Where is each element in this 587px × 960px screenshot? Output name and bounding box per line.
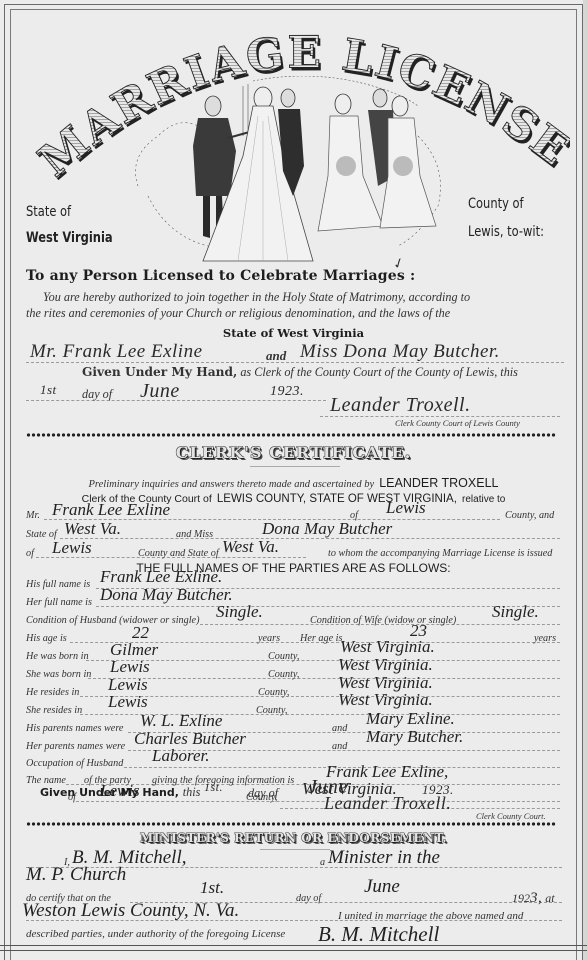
- she-born-county: Lewis: [110, 657, 150, 677]
- cert-county-and-label: County, and: [505, 510, 554, 521]
- clerks-certificate-heading: CLERK'S CERTIFICATE.: [0, 443, 587, 462]
- clerk-signature: Leander Troxell.: [330, 394, 471, 417]
- wife-condition: Single.: [492, 602, 539, 622]
- minister-month: June: [364, 876, 400, 898]
- husband-condition-label: Condition of Husband (widower or single): [26, 615, 199, 626]
- cert-day-of: day of: [248, 786, 278, 801]
- united-text: I united in marriage the above named and: [338, 910, 523, 922]
- she-born-state: West Virginia.: [338, 655, 433, 675]
- minister-day: 1st.: [200, 878, 224, 898]
- cert-to-whom: to whom the accompanying Marriage Licens…: [328, 548, 552, 559]
- license-and: and: [266, 348, 286, 364]
- cert-signature-title: Clerk County Court.: [476, 811, 546, 821]
- authorization-line-3: State of West Virginia: [0, 326, 587, 340]
- described-text: described parties, under authority of th…: [26, 928, 285, 940]
- her-age-label: Her age is: [300, 633, 342, 644]
- she-resides-state: West Virginia.: [338, 690, 433, 710]
- county-label: County,: [268, 669, 299, 680]
- field-underline: [86, 660, 560, 661]
- field-underline: [80, 696, 560, 697]
- her-full-name: Dona May Butcher.: [100, 585, 233, 605]
- field-underline: [96, 606, 560, 607]
- cert-day: 1st.: [204, 780, 223, 795]
- she-resides-county: Lewis: [108, 692, 148, 712]
- cert-bride-name: Dona May Butcher: [262, 519, 392, 539]
- license-groom: Mr. Frank Lee Exline: [30, 341, 203, 363]
- minister-role: Minister in the: [328, 847, 440, 869]
- license-bride: Miss Dona May Butcher.: [300, 341, 500, 363]
- cert-bride-state: West Va.: [222, 537, 279, 557]
- her-mother: Mary Butcher.: [366, 727, 463, 747]
- license-given-clause: Given Under My Hand, as Clerk of the Cou…: [82, 365, 518, 380]
- her-parents-label: Her parents names were: [26, 741, 125, 752]
- county-label: County of Lewis, to-wit:: [468, 190, 583, 246]
- his-full-name: Frank Lee Exline.: [100, 567, 222, 587]
- cert-bride-county: Lewis: [52, 538, 92, 558]
- marriage-license-page: MARRIAGE LICENSE MARRIAGE LICENSE: [0, 0, 587, 960]
- he-born-label: He was born in: [26, 651, 89, 662]
- his-father: W. L. Exline: [140, 711, 222, 731]
- bottom-rule: [0, 945, 587, 946]
- license-year: 1923.: [270, 384, 304, 400]
- ornamental-divider: [26, 432, 556, 438]
- marriage-place: Weston Lewis County, N. Va.: [22, 900, 239, 922]
- wedding-party-figures: [318, 89, 436, 231]
- he-resides-label: He resides in: [26, 687, 79, 698]
- and-label: and: [332, 723, 347, 734]
- minister-church: M. P. Church: [26, 864, 126, 886]
- his-mother: Mary Exline.: [366, 709, 455, 729]
- cert-and-miss-label: and Miss: [176, 529, 213, 540]
- he-born-state: West Virginia.: [340, 637, 435, 657]
- cert-county-state-label: County and State of: [138, 548, 219, 559]
- cert-given-under-hand: Given Under My Hand, this: [40, 785, 200, 800]
- field-underline: [88, 678, 560, 679]
- heading-rule: [260, 849, 330, 850]
- his-years-label: years: [258, 633, 280, 644]
- minister-day-of: day of: [296, 893, 321, 904]
- cert-groom-name: Frank Lee Exline: [52, 500, 170, 520]
- full-names-heading: THE FULL NAMES OF THE PARTIES ARE AS FOL…: [0, 561, 587, 575]
- minister-signature: B. M. Mitchell: [318, 922, 439, 947]
- ministers-return-heading: MINISTER'S RETURN OR ENDORSEMENT.: [0, 831, 587, 845]
- state-label: State of West Virginia: [26, 199, 141, 251]
- cert-groom-state: West Va.: [64, 519, 121, 539]
- ornamental-divider: [26, 821, 556, 827]
- field-underline: [76, 801, 560, 802]
- heading-rule: [250, 466, 340, 467]
- minister-year: 1923, at: [512, 890, 555, 907]
- authorization-line-2: the rites and ceremonies of your Church …: [26, 306, 566, 321]
- she-born-label: She was born in: [26, 669, 91, 680]
- his-full-name-label: His full name is: [26, 579, 90, 590]
- her-years-label: years: [534, 633, 556, 644]
- county-label: County,: [268, 651, 299, 662]
- she-resides-label: She resides in: [26, 705, 82, 716]
- county-label: County,: [256, 705, 287, 716]
- salutation: To any Person Licensed to Celebrate Marr…: [26, 268, 415, 284]
- cert-of-label-2: of: [26, 548, 34, 559]
- county-label: County,: [258, 687, 289, 698]
- license-day: 1st: [40, 382, 57, 398]
- occupation-label: Occupation of Husband: [26, 758, 123, 769]
- wedding-illustration: [118, 76, 468, 276]
- wife-condition-label: Condition of Wife (widow or single): [310, 615, 456, 626]
- cert-mr-label: Mr.: [26, 510, 40, 521]
- authorization-line-1: You are hereby authorized to join togeth…: [43, 290, 563, 305]
- occupation: Laborer.: [152, 746, 209, 766]
- cert-signature: Leander Troxell.: [324, 793, 451, 814]
- license-day-of: day of: [82, 387, 112, 402]
- license-month: June: [140, 380, 180, 403]
- clerk-title: Clerk County Court of Lewis County: [395, 418, 520, 428]
- cert-groom-county: Lewis: [386, 498, 426, 518]
- his-parents-label: His parents names were: [26, 723, 123, 734]
- husband-condition: Single.: [216, 602, 263, 622]
- and-label: and: [332, 741, 347, 752]
- his-age-label: His age is: [26, 633, 67, 644]
- bottom-rule: [0, 950, 587, 951]
- her-full-name-label: Her full name is: [26, 597, 92, 608]
- minister-a-label: a: [320, 857, 325, 868]
